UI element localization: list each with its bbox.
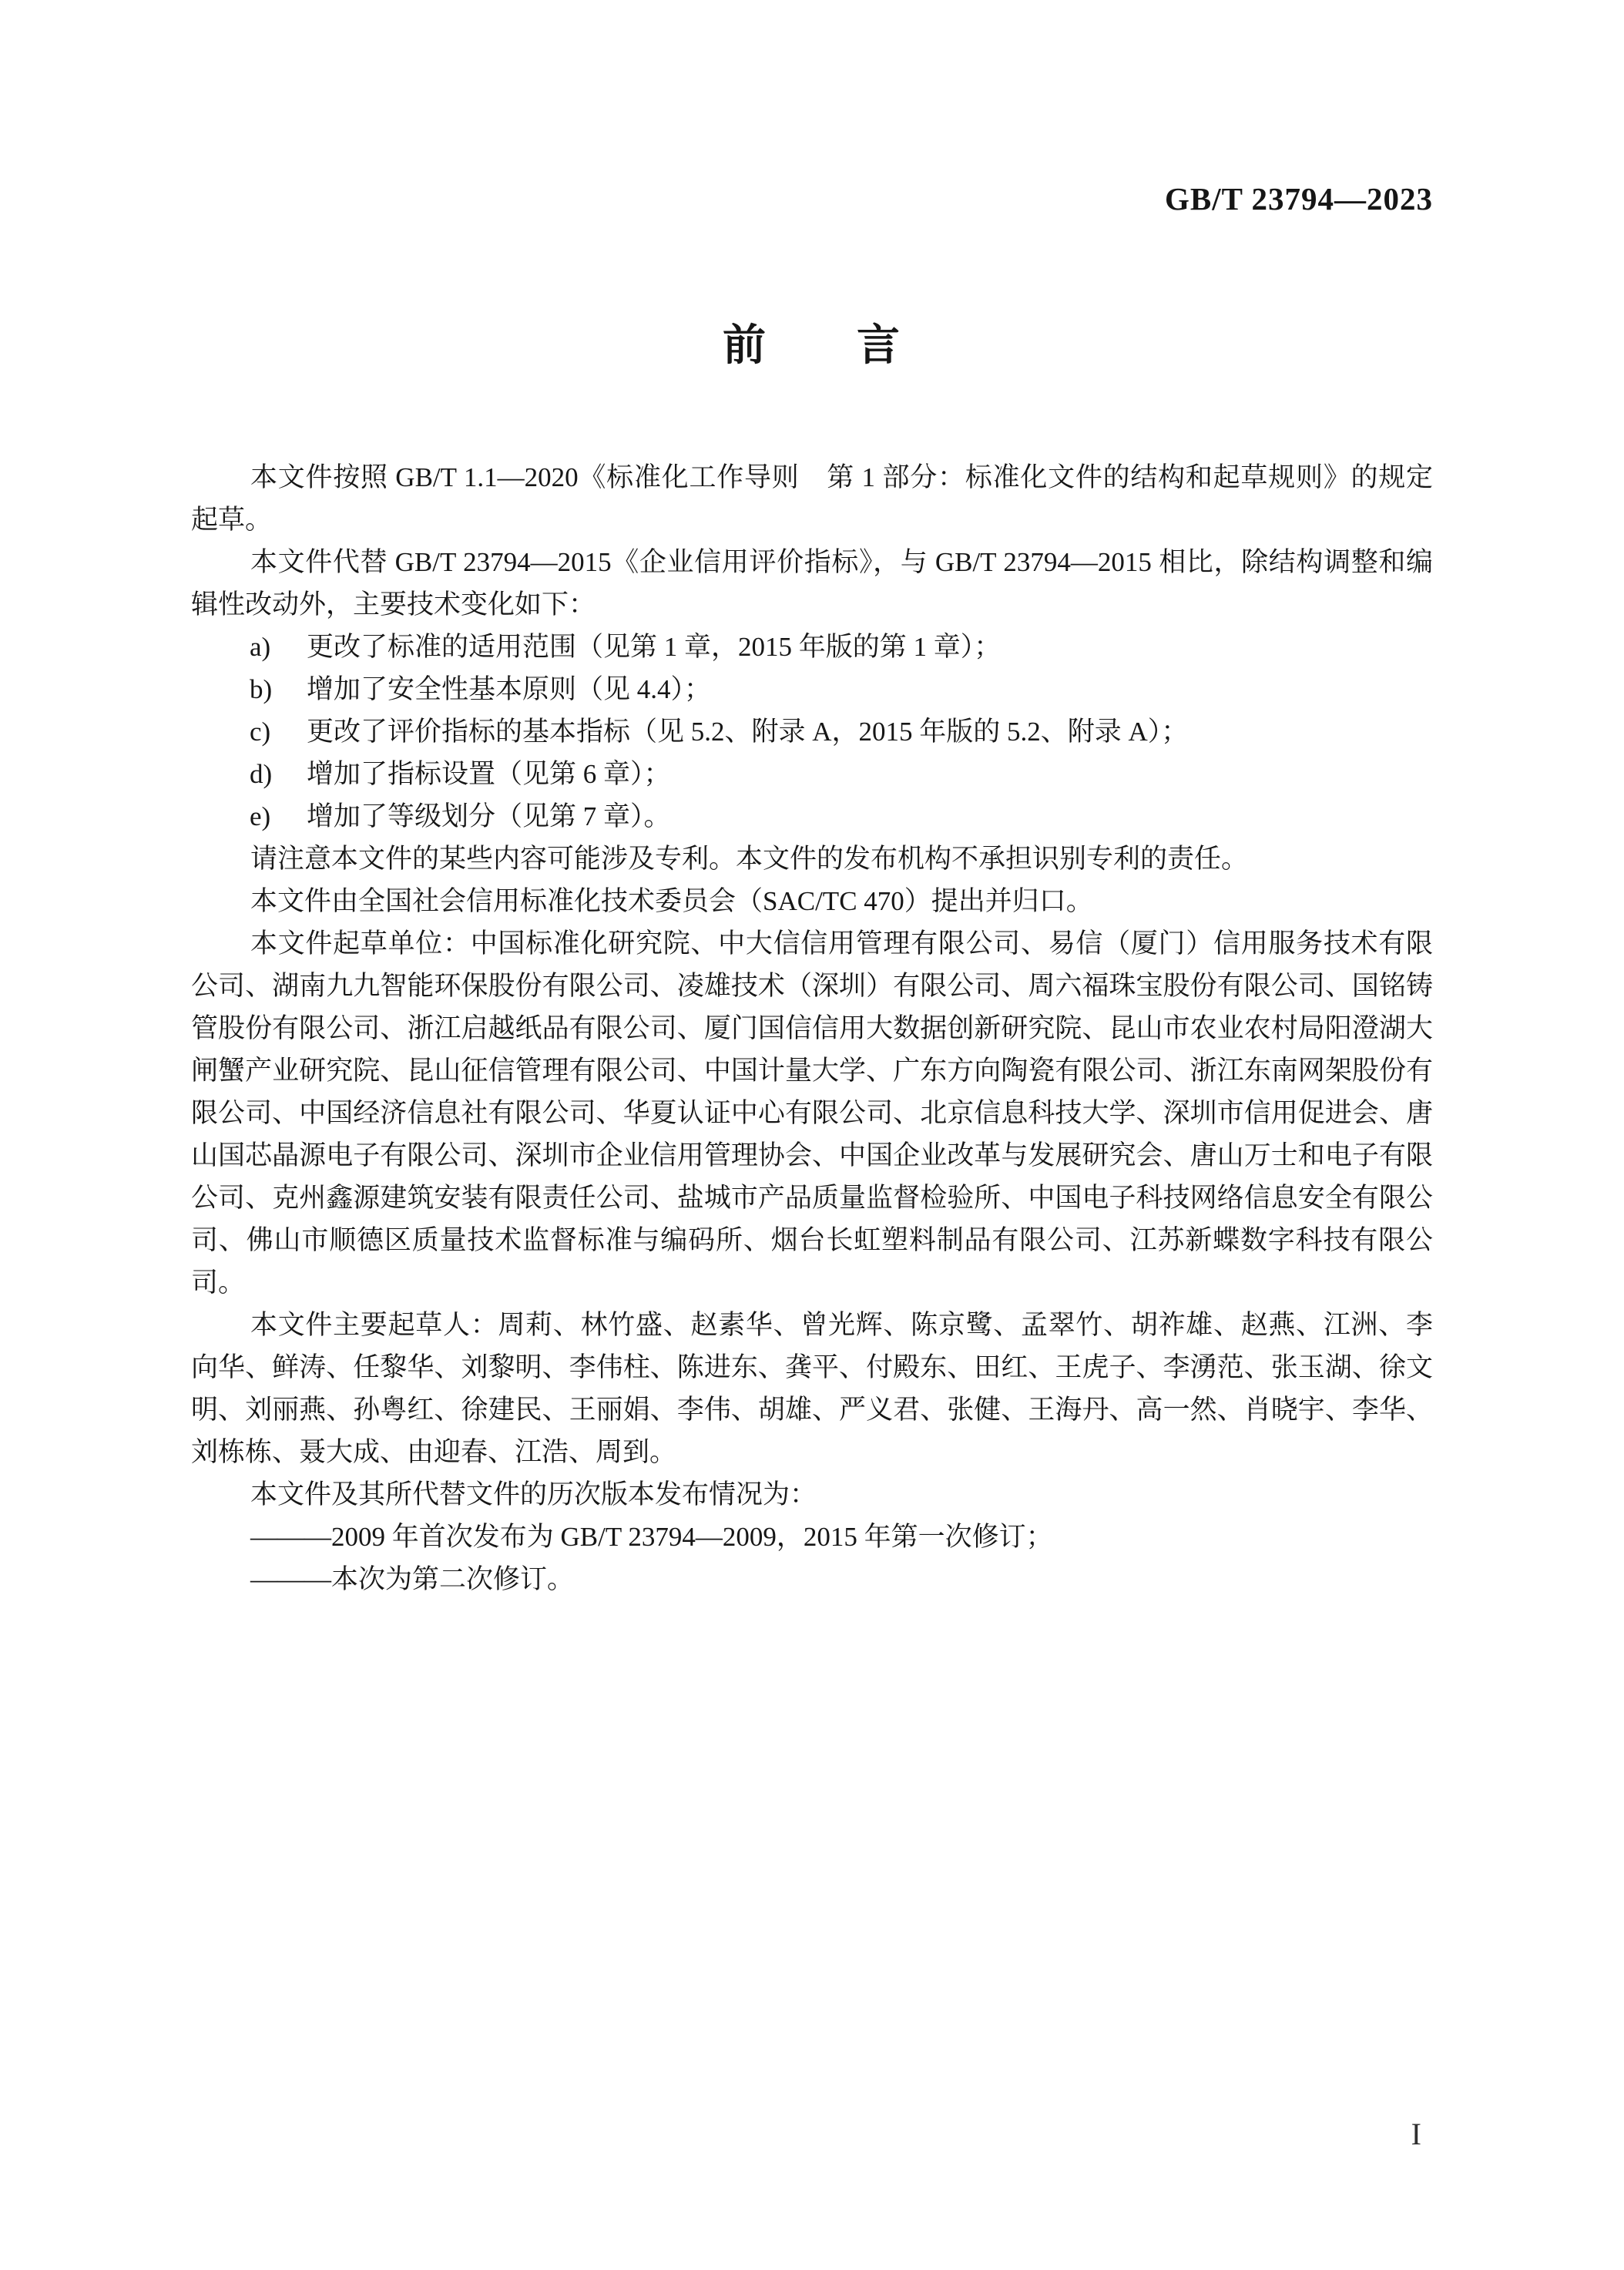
list-item-marker: e) [250,795,307,838]
paragraph-drafting-rule: 本文件按照 GB/T 1.1—2020《标准化工作导则 第 1 部分：标准化文件… [191,456,1433,541]
list-item-text: 更改了评价指标的基本指标（见 5.2、附录 A，2015 年版的 5.2、附录 … [307,710,1433,753]
list-item: c) 更改了评价指标的基本指标（见 5.2、附录 A，2015 年版的 5.2、… [250,710,1433,753]
history-item: ———本次为第二次修订。 [191,1558,1433,1600]
paragraph-replaces: 本文件代替 GB/T 23794—2015《企业信用评价指标》，与 GB/T 2… [191,541,1433,626]
history-item: ———2009 年首次发布为 GB/T 23794—2009，2015 年第一次… [191,1516,1433,1558]
paragraph-patent-notice: 请注意本文件的某些内容可能涉及专利。本文件的发布机构不承担识别专利的责任。 [191,838,1433,880]
list-item-marker: a) [250,626,307,668]
foreword-body: 本文件按照 GB/T 1.1—2020《标准化工作导则 第 1 部分：标准化文件… [191,456,1433,1600]
foreword-title: 前 言 [0,317,1624,373]
list-item-marker: d) [250,753,307,795]
list-item-marker: b) [250,668,307,710]
list-item: b) 增加了安全性基本原则（见 4.4）； [250,668,1433,710]
paragraph-committee: 本文件由全国社会信用标准化技术委员会（SAC/TC 470）提出并归口。 [191,880,1433,922]
list-item: d) 增加了指标设置（见第 6 章）； [250,753,1433,795]
list-item-text: 增加了指标设置（见第 6 章）； [307,753,1433,795]
list-item-marker: c) [250,710,307,753]
list-item: a) 更改了标准的适用范围（见第 1 章，2015 年版的第 1 章）； [250,626,1433,668]
paragraph-drafters: 本文件主要起草人：周莉、林竹盛、赵素华、曾光辉、陈京鹭、孟翠竹、胡祚雄、赵燕、江… [191,1304,1433,1473]
document-page: GB/T 23794—2023 前 言 本文件按照 GB/T 1.1—2020《… [0,0,1624,2270]
list-item-text: 增加了等级划分（见第 7 章）。 [307,795,1433,838]
list-item-text: 更改了标准的适用范围（见第 1 章，2015 年版的第 1 章）； [307,626,1433,668]
list-item: e) 增加了等级划分（见第 7 章）。 [250,795,1433,838]
change-list: a) 更改了标准的适用范围（见第 1 章，2015 年版的第 1 章）； b) … [191,626,1433,838]
paragraph-history-intro: 本文件及其所代替文件的历次版本发布情况为： [191,1473,1433,1516]
list-item-text: 增加了安全性基本原则（见 4.4）； [307,668,1433,710]
paragraph-drafting-units: 本文件起草单位：中国标准化研究院、中大信信用管理有限公司、易信（厦门）信用服务技… [191,922,1433,1304]
page-number: I [1411,2116,1421,2153]
standard-number: GB/T 23794—2023 [1165,180,1433,217]
